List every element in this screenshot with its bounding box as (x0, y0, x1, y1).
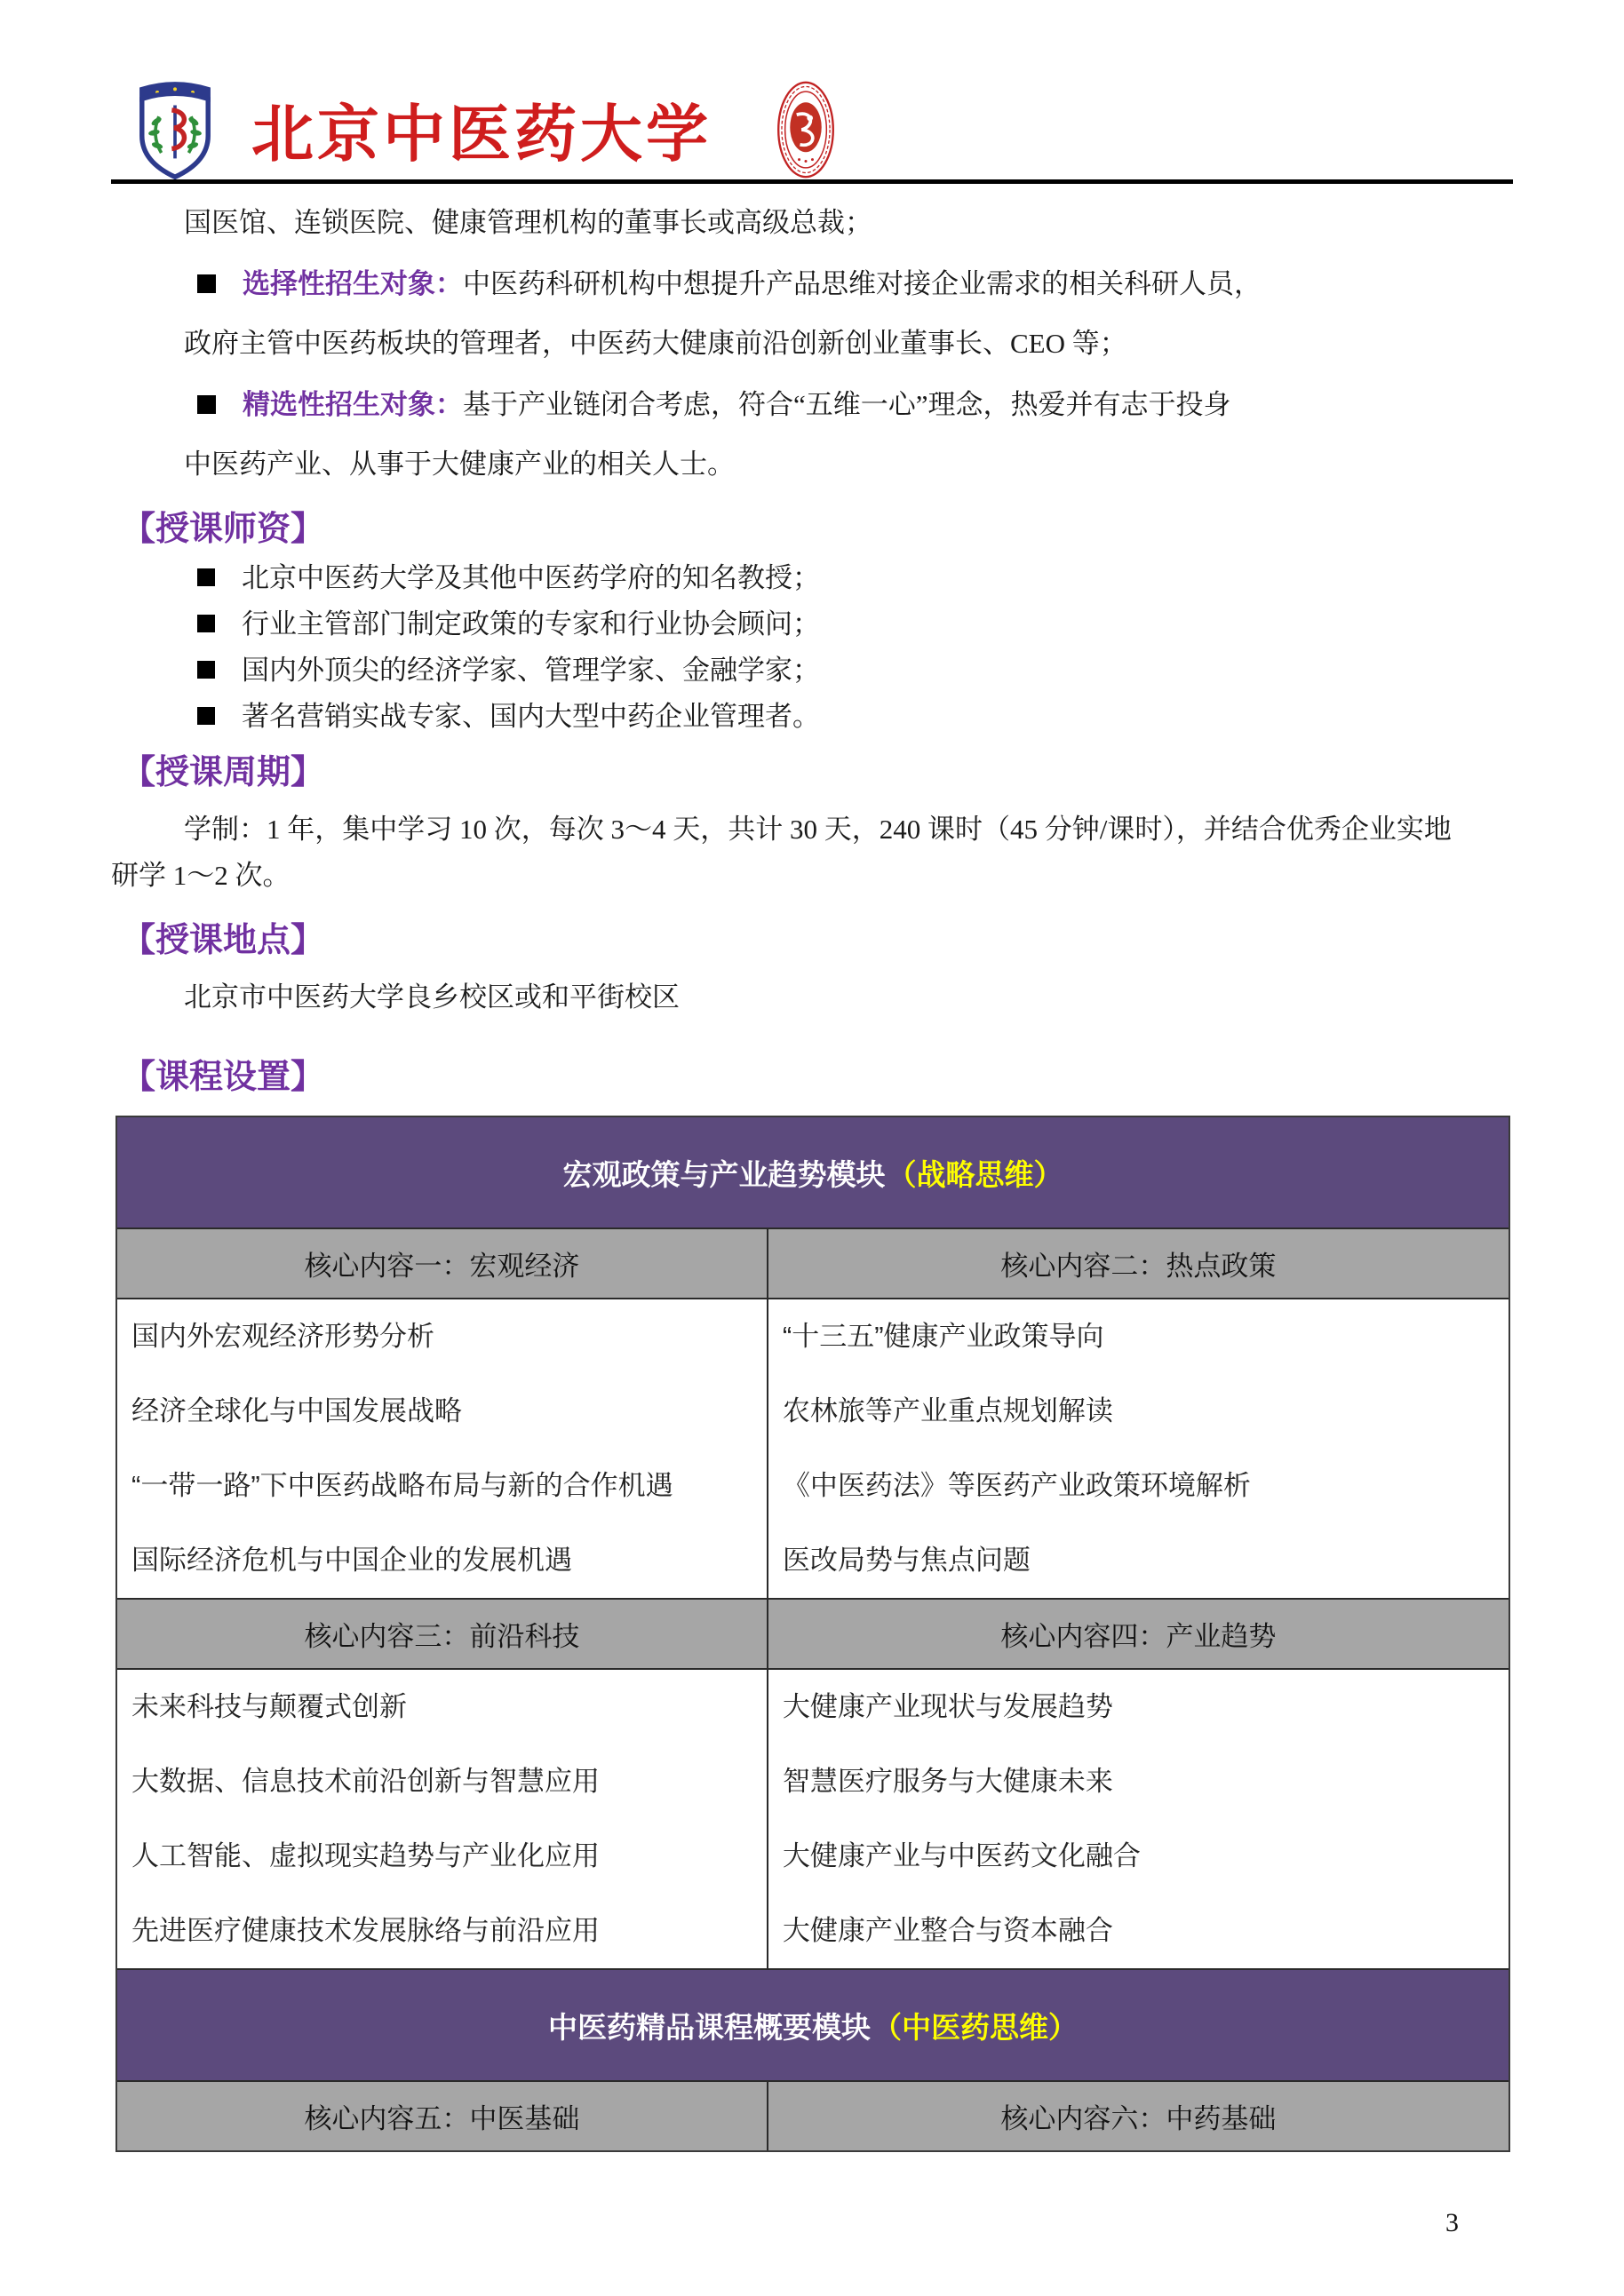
table-cell: 国内外宏观经济形势分析 经济全球化与中国发展战略 “一带一路”下中医药战略布局与… (117, 1299, 768, 1598)
course-item: 大健康产业与中医药文化融合 (768, 1819, 1509, 1894)
section-title-location: 【授课地点】 (122, 918, 1510, 963)
course-item: 大数据、信息技术前沿创新与智慧应用 (117, 1744, 767, 1819)
schedule-line: 研学 1～2 次。 (111, 855, 1510, 896)
page-number: 3 (1445, 2208, 1459, 2238)
module-title-accent: （战略思维） (888, 1152, 1063, 1194)
table-content-row: 未来科技与颠覆式创新 大数据、信息技术前沿创新与智慧应用 人工智能、虚拟现实趋势… (117, 1670, 1509, 1970)
intro-section: 国医馆、连锁医院、健康管理机构的董事长或高级总裁； 选择性招生对象：中医药科研机… (111, 203, 1510, 485)
bullet-square-icon (197, 274, 216, 293)
table-subheader-cell: 核心内容一：宏观经济 (117, 1229, 768, 1298)
bullet-square-icon (197, 395, 216, 414)
section-title-curriculum: 【课程设置】 (122, 1055, 1510, 1100)
table-cell: 未来科技与颠覆式创新 大数据、信息技术前沿创新与智慧应用 人工智能、虚拟现实趋势… (117, 1670, 768, 1968)
course-item: 智慧医疗服务与大健康未来 (768, 1744, 1509, 1819)
course-item: 《中医药法》等医药产业政策环境解析 (768, 1449, 1509, 1523)
list-item-text: 行业主管部门制定政策的专家和行业协会顾问； (242, 608, 820, 640)
course-item: 大健康产业整合与资本融合 (768, 1894, 1509, 1968)
list-item: 国内外顶尖的经济学家、管理学家、金融学家； (197, 651, 1510, 690)
section-title-faculty: 【授课师资】 (122, 507, 1510, 552)
table-subheader-cell: 核心内容六：中药基础 (768, 2082, 1509, 2150)
table-subheader-row: 核心内容五：中医基础 核心内容六：中药基础 (117, 2082, 1509, 2150)
course-item: “十三五”健康产业政策导向 (768, 1299, 1509, 1374)
document-page: 北京中医药大学 国医馆、连锁医院、健康管理机构的董事长或高级总裁； 选择性招生对… (0, 0, 1624, 2152)
bullet-square-icon (197, 707, 215, 725)
table-module-header: 宏观政策与产业趋势模块（战略思维） (117, 1117, 1509, 1229)
table-subheader-row: 核心内容三：前沿科技 核心内容四：产业趋势 (117, 1600, 1509, 1670)
section-title-schedule: 【授课周期】 (122, 751, 1510, 795)
course-item: 农林旅等产业重点规划解读 (768, 1374, 1509, 1449)
bullet-text: 基于产业链闭合考虑，符合“五维一心”理念，热爱并有志于投身 (463, 389, 1231, 420)
course-item: 先进医疗健康技术发展脉络与前沿应用 (117, 1894, 767, 1968)
list-item-text: 国内外顶尖的经济学家、管理学家、金融学家； (242, 655, 820, 686)
module-title-accent: （中医药思维） (872, 2005, 1078, 2046)
enrollment-bullet: 精选性招生对象：基于产业链闭合考虑，符合“五维一心”理念，热爱并有志于投身 (197, 385, 1510, 425)
table-module-header: 中医药精品课程概要模块（中医药思维） (117, 1970, 1509, 2082)
module-title: 中医药精品课程概要模块 (548, 2005, 871, 2046)
module-title: 宏观政策与产业趋势模块 (563, 1152, 886, 1194)
bullet-continuation: 政府主管中医药板块的管理者，中医药大健康前沿创新创业董事长、CEO 等； (184, 323, 1510, 364)
bullet-square-icon (197, 568, 215, 586)
header-divider (111, 179, 1513, 184)
course-item: 国内外宏观经济形势分析 (117, 1299, 767, 1374)
schedule-section: 学制：1 年，集中学习 10 次，每次 3～4 天，共计 30 天，240 课时… (111, 809, 1510, 896)
table-cell: 大健康产业现状与发展趋势 智慧医疗服务与大健康未来 大健康产业与中医药文化融合 … (768, 1670, 1509, 1968)
enrollment-bullet: 选择性招生对象：中医药科研机构中想提升产品思维对接企业需求的相关科研人员， (197, 264, 1510, 305)
course-item: 未来科技与颠覆式创新 (117, 1670, 767, 1744)
faculty-list: 北京中医药大学及其他中医药学府的知名教授； 行业主管部门制定政策的专家和行业协会… (111, 559, 1510, 736)
university-shield-logo-icon (129, 75, 221, 179)
course-item: 国际经济危机与中国企业的发展机遇 (117, 1523, 767, 1598)
bullet-label: 精选性招生对象： (243, 389, 463, 420)
course-item: 经济全球化与中国发展战略 (117, 1374, 767, 1449)
course-table: 宏观政策与产业趋势模块（战略思维） 核心内容一：宏观经济 核心内容二：热点政策 … (115, 1116, 1510, 2152)
bullet-text: 中医药科研机构中想提升产品思维对接企业需求的相关科研人员， (463, 268, 1262, 299)
location-section: 北京市中医药大学良乡校区或和平街校区 (111, 977, 1510, 1018)
list-item: 著名营销实战专家、国内大型中药企业管理者。 (197, 697, 1510, 736)
table-subheader-cell: 核心内容三：前沿科技 (117, 1600, 768, 1668)
bullet-label: 选择性招生对象： (243, 268, 463, 299)
table-subheader-cell: 核心内容四：产业趋势 (768, 1600, 1509, 1668)
course-item: 大健康产业现状与发展趋势 (768, 1670, 1509, 1744)
table-subheader-row: 核心内容一：宏观经济 核心内容二：热点政策 (117, 1229, 1509, 1299)
course-item: 人工智能、虚拟现实趋势与产业化应用 (117, 1819, 767, 1894)
table-subheader-cell: 核心内容二：热点政策 (768, 1229, 1509, 1298)
list-item-text: 北京中医药大学及其他中医药学府的知名教授； (242, 562, 820, 593)
bullet-continuation: 中医药产业、从事于大健康产业的相关人士。 (184, 444, 1510, 485)
course-item: 医改局势与焦点问题 (768, 1523, 1509, 1598)
table-cell: “十三五”健康产业政策导向 农林旅等产业重点规划解读 《中医药法》等医药产业政策… (768, 1299, 1509, 1598)
intro-line: 国医馆、连锁医院、健康管理机构的董事长或高级总裁； (184, 203, 1510, 243)
table-subheader-cell: 核心内容五：中医基础 (117, 2082, 768, 2150)
schedule-line: 学制：1 年，集中学习 10 次，每次 3～4 天，共计 30 天，240 课时… (184, 809, 1510, 850)
course-item: “一带一路”下中医药战略布局与新的合作机遇 (117, 1449, 767, 1523)
university-name: 北京中医药大学 (251, 105, 712, 179)
bullet-square-icon (197, 615, 215, 632)
list-item: 行业主管部门制定政策的专家和行业协会顾问； (197, 605, 1510, 644)
table-content-row: 国内外宏观经济形势分析 经济全球化与中国发展战略 “一带一路”下中医药战略布局与… (117, 1299, 1509, 1600)
bullet-square-icon (197, 661, 215, 679)
location-text: 北京市中医药大学良乡校区或和平街校区 (184, 977, 1510, 1018)
list-item-text: 著名营销实战专家、国内大型中药企业管理者。 (242, 701, 820, 732)
university-seal-icon (758, 80, 854, 179)
list-item: 北京中医药大学及其他中医药学府的知名教授； (197, 559, 1510, 598)
page-header: 北京中医药大学 (111, 0, 1510, 179)
